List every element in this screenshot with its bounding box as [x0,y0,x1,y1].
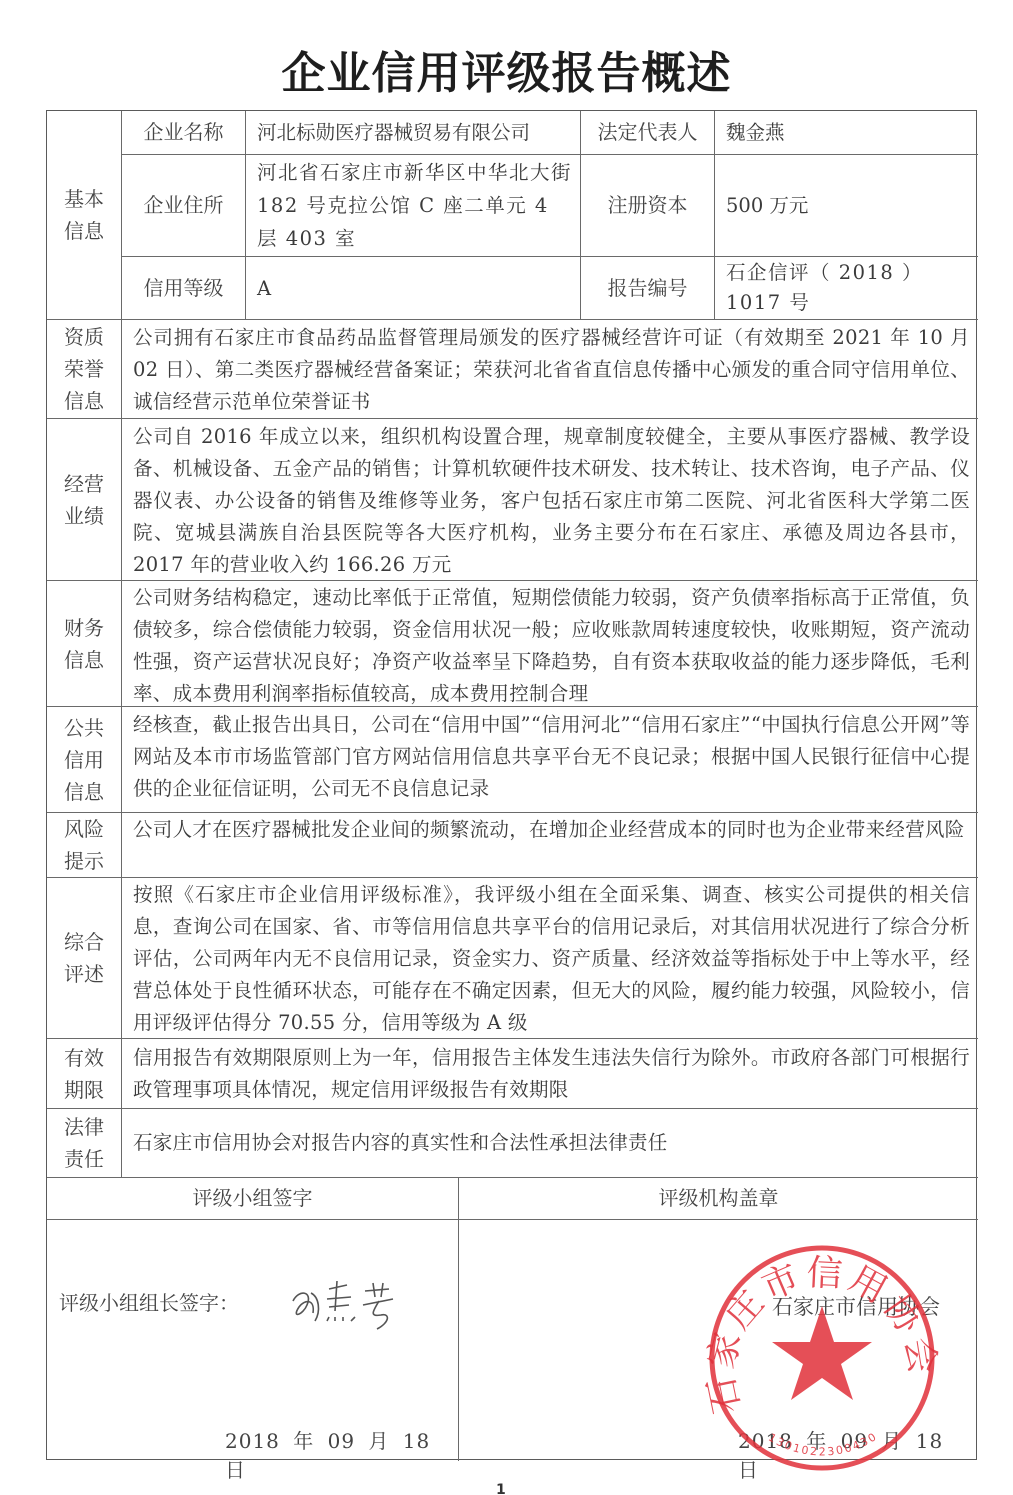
label-line: 提示 [64,849,104,873]
document-title: 企业信用评级报告概述 [0,44,1013,104]
label-line: 期限 [64,1078,104,1102]
divider [458,1177,459,1461]
registered-capital-label: 注册资本 [581,155,714,256]
label-line: 有效 [64,1046,104,1070]
divider [714,111,715,319]
label-line: 基本 [64,187,104,211]
label-line: 荣誉 [64,357,104,381]
label-line: 评述 [64,962,104,986]
credit-grade-label: 信用等级 [122,257,245,319]
validity-label: 有效期限 [47,1039,121,1108]
risk-text: 公司人才在医疗器械批发企业间的频繁流动，在增加企业经营成本的同时也为企业带来经营… [122,814,978,877]
legal-text: 石家庄市信用协会对报告内容的真实性和合法性承担法律责任 [122,1109,978,1177]
address-value: 河北省石家庄市新华区中华北大街 182 号克拉公馆 C 座二单元 4 层 403… [257,155,575,256]
label-line: 信用 [64,748,104,772]
summary-label: 综合评述 [47,878,121,1038]
address-label: 企业住所 [122,155,245,256]
credit-grade-value: A [257,257,577,319]
star-icon [772,1306,872,1400]
label-line: 信息 [64,219,104,243]
divider [47,877,978,878]
label-line: 业绩 [64,504,104,528]
seal-icon: 石家庄市信用协会 1301022300430 [704,1240,940,1476]
divider [47,418,978,419]
basic-info-label: 基本信息 [47,111,121,319]
divider [47,319,978,320]
qualification-text: 公司拥有石家庄市食品药品监督管理局颁发的医疗器械经营许可证（有效期至 2021 … [122,322,978,418]
legal-rep-label: 法定代表人 [581,111,714,154]
operation-label: 经营业绩 [47,419,121,580]
legal-rep-value: 魏金燕 [726,111,966,154]
finance-label: 财务信息 [47,581,121,706]
svg-text:1301022300430: 1301022300430 [766,1430,880,1459]
divider [47,812,978,813]
official-seal: 石家庄市信用协会 1301022300430 [704,1240,940,1476]
label-line: 责任 [64,1147,104,1171]
qualification-label: 资质荣誉信息 [47,320,121,418]
label-line: 风险 [64,817,104,841]
label-line: 信息 [64,648,104,672]
divider [245,111,246,319]
divider [47,1219,978,1220]
label-line: 经营 [64,472,104,496]
label-line: 信息 [64,780,104,804]
validity-text: 信用报告有效期限原则上为一年，信用报告主体发生违法失信行为除外。市政府各部门可根… [122,1042,978,1108]
report-no-value: 石企信评（ 2018 ）1017 号 [726,257,971,319]
page-number: 1 [496,1482,506,1495]
team-sign-date: 2018 年 09 月 18 日 [225,1425,455,1455]
org-stamp-header: 评级机构盖章 [459,1178,978,1219]
public-credit-text: 经核查，截止报告出具日，公司在“信用中国”“信用河北”“信用石家庄”“中国执行信… [122,709,978,812]
leader-signature-label: 评级小组组长签字： [59,1287,259,1317]
legal-label: 法律责任 [47,1109,121,1177]
label-line: 资质 [64,325,104,349]
summary-text: 按照《石家庄市企业信用评级标准》，我评级小组在全面采集、调查、核实公司提供的相关… [122,879,978,1038]
label-line: 财务 [64,616,104,640]
label-line: 法律 [64,1115,104,1139]
label-line: 公共 [64,716,104,740]
team-signature-header: 评级小组签字 [47,1178,458,1219]
registered-capital-value: 500 万元 [726,155,966,256]
handwritten-signature [285,1271,415,1341]
seal-serial: 1301022300430 [766,1430,880,1459]
signature-scribble-icon [285,1271,415,1341]
operation-text: 公司自 2016 年成立以来，组织机构设置合理，规章制度较健全，主要从事医疗器械… [122,421,978,580]
company-name-label: 企业名称 [122,111,245,154]
finance-text: 公司财务结构稳定，速动比率低于正常值，短期偿债能力较弱，资产负债率指标高于正常值… [122,582,978,706]
label-line: 综合 [64,930,104,954]
risk-label: 风险提示 [47,813,121,877]
label-line: 信息 [64,389,104,413]
company-name-value: 河北标勋医疗器械贸易有限公司 [257,111,577,154]
public-credit-label: 公共信用信息 [47,707,121,812]
report-no-label: 报告编号 [581,257,714,319]
